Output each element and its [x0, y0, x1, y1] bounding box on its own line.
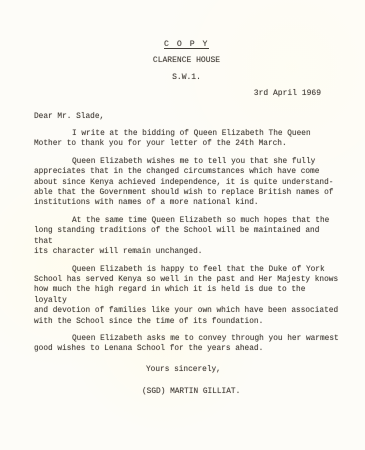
closing: Yours sincerely,	[146, 365, 339, 375]
letter-date: 3rd April 1969	[34, 89, 339, 99]
salutation: Dear Mr. Slade,	[34, 112, 339, 122]
letter-paragraph: Queen Elizabeth wishes me to tell you th…	[34, 157, 339, 209]
postcode-line: S.W.1.	[34, 73, 339, 83]
letterhead: CLARENCE HOUSE	[34, 56, 339, 66]
letter-page: C O P Y CLARENCE HOUSE S.W.1. 3rd April …	[0, 0, 365, 450]
copy-label: C O P Y	[164, 40, 209, 50]
letter-paragraph: I write at the bidding of Queen Elizabet…	[34, 129, 339, 150]
letter-paragraph: Queen Elizabeth is happy to feel that th…	[34, 265, 339, 327]
signature-line: (SGD) MARTIN GILLIAT.	[142, 387, 339, 397]
letter-paragraph: Queen Elizabeth asks me to convey throug…	[34, 334, 339, 355]
letter-paragraph: At the same time Queen Elizabeth so much…	[34, 216, 339, 258]
letter-header: C O P Y CLARENCE HOUSE S.W.1.	[34, 40, 339, 83]
